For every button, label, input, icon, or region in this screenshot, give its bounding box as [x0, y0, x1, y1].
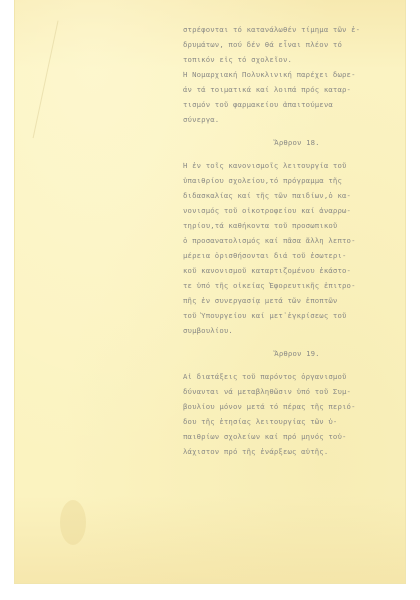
text-line: δου τῆς ἐτησίας λειτουργίας τῶν ὑ-: [183, 414, 411, 429]
text-line: λάχιστον πρό τῆς ἐνάρξεως αὐτῆς.: [183, 444, 411, 459]
text-line: σύνεργα.: [183, 112, 411, 127]
text-line: άν τά τοιματικά καί λοιπά πρός καταρ-: [183, 82, 411, 97]
text-line: δύνανται νά μεταβληθῶσιν ὑπό τοῦ Συμ-: [183, 384, 411, 399]
text-line: νονισμός τοῦ οἰκοτροφείου καί ἀναρρω-: [183, 203, 411, 218]
article-19-heading: Ἄρθρον 19.: [183, 346, 411, 361]
text-line: τε ὑπό τῆς οἰκείας Ἐφορευτικῆς ἐπιτρο-: [183, 278, 411, 293]
article-18-body: Ἡ ἐν τοῖς κανονισμοῖς λειτουργία τοῦ ὑπα…: [183, 158, 411, 338]
text-line: παιθρίων σχολείων καί πρό μηνός τοὐ-: [183, 429, 411, 444]
text-line: Αἱ διατάξεις τοῦ παρόντος ὀργανισμοῦ: [183, 369, 411, 384]
text-line: στρέφονται τό κατανάλωθέν τίμημα τῶν ἐ-: [183, 22, 411, 37]
text-line: τισμόν τοῦ φαρμακείου ἀπαιτούμενα: [183, 97, 411, 112]
paper-stain: [60, 500, 86, 545]
article-19-body: Αἱ διατάξεις τοῦ παρόντος ὀργανισμοῦ δύν…: [183, 369, 411, 459]
document-page: στρέφονται τό κατανάλωθέν τίμημα τῶν ἐ- …: [15, 0, 405, 583]
text-line: τηρίου,τά καθήκοντα τοῦ προσωπικοῦ: [183, 218, 411, 233]
text-line: τοῦ Ὑπουργείου καί μετ᾽ἐγκρίσεως τοῦ: [183, 308, 411, 323]
text-line: συμβουλίου.: [183, 323, 411, 338]
paragraph-opening: στρέφονται τό κατανάλωθέν τίμημα τῶν ἐ- …: [183, 22, 411, 127]
text-line: βουλίου μόνον μετά τό πέρας τῆς περιό-: [183, 399, 411, 414]
text-line: δρυμάτων, πού δέν θά εἶναι πλέον τό: [183, 37, 411, 52]
text-line: Ἡ ἐν τοῖς κανονισμοῖς λειτουργία τοῦ: [183, 158, 411, 173]
text-line: πῆς ἐν συνεργασίᾳ μετά τῶν ἐποπτῶν: [183, 293, 411, 308]
text-line: ὁ προσανατολισμός καί πᾶσα ἄλλη λεπτο-: [183, 233, 411, 248]
text-line: ὑπαιθρίου σχολείου,τό πρόγραμμα τῆς: [183, 173, 411, 188]
text-line: κοῦ κανονισμοῦ καταρτιζομένου ἑκάστο-: [183, 263, 411, 278]
text-line: Ἡ Νομαρχιακή Πολυκλινική παρέχει δωρε-: [183, 67, 411, 82]
article-18-heading: Ἄρθρον 18.: [183, 135, 411, 150]
text-line: τοπικόν εἰς τό σχολεῖον.: [183, 52, 411, 67]
text-line: μέρεια ὁρισθήσονται διά τοῦ ἐσωτερι-: [183, 248, 411, 263]
paper-crease: [33, 21, 65, 140]
text-line: διδασκαλίας καί τῆς τῶν παιδίων,ὁ κα-: [183, 188, 411, 203]
typewritten-text: στρέφονται τό κατανάλωθέν τίμημα τῶν ἐ- …: [183, 22, 411, 459]
